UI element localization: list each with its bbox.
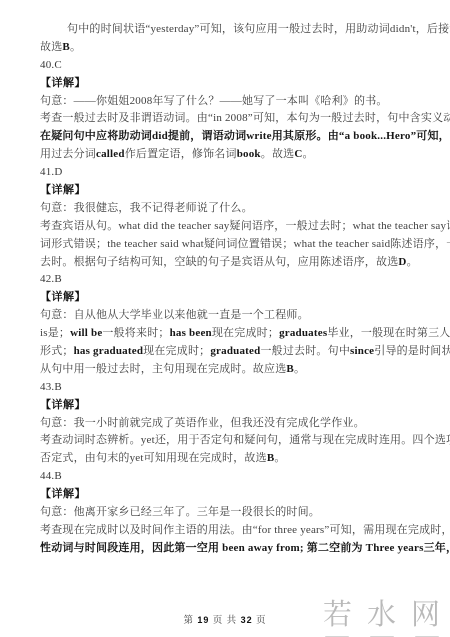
answer-line: 40.C bbox=[40, 57, 426, 75]
answer-line: 43.B bbox=[40, 379, 426, 397]
watermark-text: 若水网 bbox=[323, 592, 450, 633]
detail-header: 【详解】 bbox=[40, 182, 426, 200]
explanation-line: 性动词与时间段连用，因此第一空用 been away from; 第二空前为 T… bbox=[40, 540, 426, 558]
footer-prefix: 第 bbox=[184, 616, 195, 626]
document-lines: 句中的时间状语“yesterday”可知，该句应用一般过去时，用助动词didn'… bbox=[40, 21, 426, 558]
explanation-line: 句意：——你姐姐2008年写了什么？——她写了一本叫《哈利》的书。 bbox=[40, 93, 426, 111]
total-page-number: 32 bbox=[241, 615, 253, 625]
explanation-line: 句意：自从他从大学毕业以来他就一直是一个工程师。 bbox=[40, 307, 426, 325]
explanation-line: 句中的时间状语“yesterday”可知，该句应用一般过去时，用助动词didn'… bbox=[40, 21, 426, 39]
explanation-line: 词形式错误；the teacher said what疑问词位置错误；what … bbox=[40, 236, 426, 254]
explanation-line: 考查一般过去时及非谓语动词。由“in 2008”可知，本句为一般过去时，句中含实… bbox=[40, 110, 426, 128]
detail-header: 【详解】 bbox=[40, 75, 426, 93]
explanation-line: 考查动词时态辨析。yet还，用于否定句和疑问句，通常与现在完成时连用。四个选项都… bbox=[40, 432, 426, 450]
explanation-line: is是；will be一般将来时；has been现在完成时；graduates… bbox=[40, 325, 426, 343]
answer-line: 44.B bbox=[40, 468, 426, 486]
explanation-line: 句意：我一小时前就完成了英语作业，但我还没有完成化学作业。 bbox=[40, 415, 426, 433]
explanation-line: 形式；has graduated现在完成时；graduated一般过去时。句中s… bbox=[40, 343, 426, 361]
explanation-line: 否定式，由句末的yet可知用现在完成时，故选B。 bbox=[40, 450, 426, 468]
detail-header: 【详解】 bbox=[40, 289, 426, 307]
explanation-line: 句意：我很健忘，我不记得老师说了什么。 bbox=[40, 200, 426, 218]
footer-middle: 页 共 bbox=[213, 616, 237, 626]
answer-line: 42.B bbox=[40, 271, 426, 289]
explanation-line: 在疑问句中应将助动词did提前，谓语动词write用其原形。由“a book..… bbox=[40, 128, 426, 146]
detail-header: 【详解】 bbox=[40, 486, 426, 504]
answer-conclusion-line: 故选B。 bbox=[40, 39, 426, 57]
explanation-line: 用过去分词called作后置定语，修饰名词book。故选C。 bbox=[40, 146, 426, 164]
document-page: 句中的时间状语“yesterday”可知，该句应用一般过去时，用助动词didn'… bbox=[0, 0, 450, 637]
answer-line: 41.D bbox=[40, 164, 426, 182]
current-page-number: 19 bbox=[197, 615, 209, 625]
explanation-line: 考查现在完成时以及时间作主语的用法。由“for three years”可知，需… bbox=[40, 522, 426, 540]
explanation-line: 从句中用一般过去时，主句用现在完成时。故应选B。 bbox=[40, 361, 426, 379]
site-watermark: 若水网 bbox=[323, 592, 450, 637]
detail-header: 【详解】 bbox=[40, 397, 426, 415]
explanation-line: 考查宾语从句。what did the teacher say疑问语序，一般过去… bbox=[40, 218, 426, 236]
explanation-line: 句意：他离开家乡已经三年了。三年是一段很长的时间。 bbox=[40, 504, 426, 522]
footer-suffix: 页 bbox=[256, 616, 267, 626]
explanation-line: 去时。根据句子结构可知，空缺的句子是宾语从句，应用陈述语序，故选D。 bbox=[40, 254, 426, 272]
